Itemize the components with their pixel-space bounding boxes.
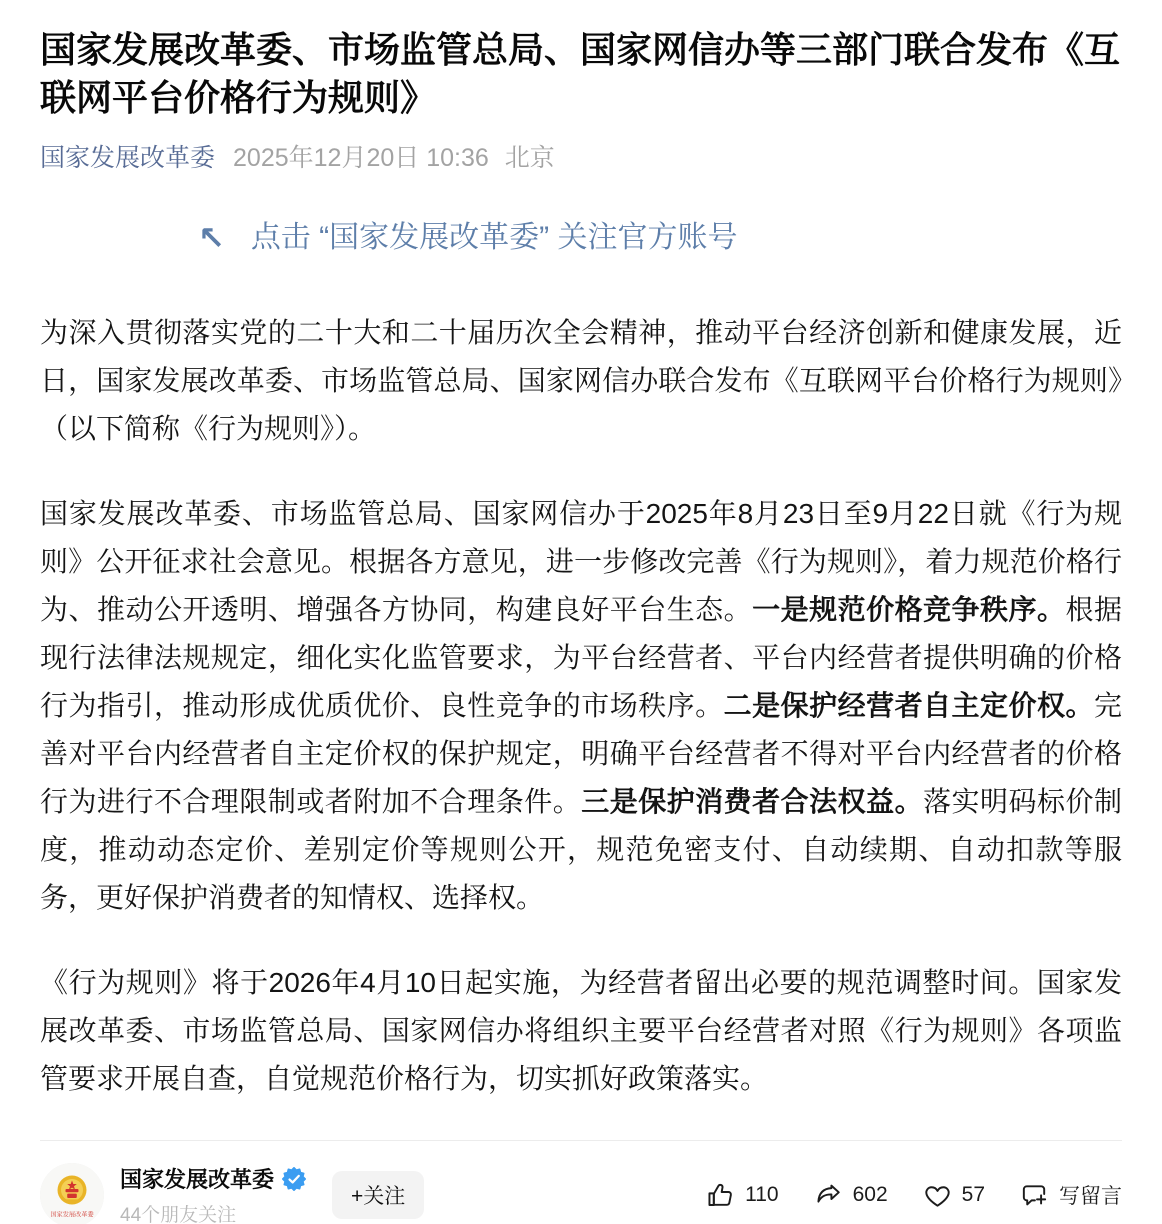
paragraph-bold-text: 三是保护消费者合法权益。: [581, 786, 923, 817]
comment-icon: [1019, 1180, 1050, 1211]
like-action[interactable]: 110: [705, 1180, 778, 1211]
comment-action[interactable]: 写留言: [1019, 1180, 1122, 1211]
paragraph-bold-text: 一是规范价格竞争秩序。: [752, 594, 1065, 625]
paragraph-bold-text: 二是保护经营者自主定价权。: [724, 690, 1094, 721]
account-name[interactable]: 国家发展改革委: [120, 1163, 274, 1194]
thumbs-up-icon: [705, 1180, 736, 1211]
follow-banner-text: 点击 “国家发展改革委” 关注官方账号: [251, 221, 738, 255]
favorite-action[interactable]: 57: [922, 1180, 985, 1211]
reaction-bar: 110 602 57 写留言: [705, 1180, 1122, 1211]
byline: 国家发展改革委 2025年12月20日 10:36 北京: [40, 146, 1122, 171]
svg-text:国家发展改革委: 国家发展改革委: [50, 1211, 94, 1219]
national-emblem-icon: 国家发展改革委: [40, 1163, 104, 1224]
article-paragraph: 国家发展改革委、市场监管总局、国家网信办于2025年8月23日至9月22日就《行…: [40, 490, 1122, 922]
publish-location: 北京: [505, 146, 555, 171]
article-title: 国家发展改革委、市场监管总局、国家网信办等三部门联合发布《互联网平台价格行为规则…: [40, 26, 1122, 122]
like-count: 110: [745, 1183, 778, 1207]
share-action[interactable]: 602: [813, 1180, 888, 1211]
paragraph-text: 为深入贯彻落实党的二十大和二十届历次全会精神，推动平台经济创新和健康发展，近日，…: [40, 317, 1122, 444]
heart-icon: [922, 1180, 953, 1211]
arrow-up-left-icon: ↖: [198, 221, 225, 255]
follow-button[interactable]: +关注: [332, 1171, 424, 1219]
comment-label: 写留言: [1059, 1180, 1122, 1210]
article-body: 为深入贯彻落实党的二十大和二十届历次全会精神，推动平台经济创新和健康发展，近日，…: [40, 309, 1122, 1103]
favorite-count: 57: [962, 1183, 985, 1207]
paragraph-text: 《行为规则》将于2026年4月10日起实施，为经营者留出必要的规范调整时间。国家…: [40, 967, 1122, 1094]
publish-date: 2025年12月20日 10:36: [233, 146, 489, 171]
footer-bar: 国家发展改革委 国家发展改革委 44个朋友关注 +关注 110 602: [0, 1141, 1162, 1224]
account-info: 国家发展改革委 44个朋友关注: [120, 1163, 306, 1224]
byline-source-link[interactable]: 国家发展改革委: [40, 146, 215, 171]
article-paragraph: 《行为规则》将于2026年4月10日起实施，为经营者留出必要的规范调整时间。国家…: [40, 959, 1122, 1103]
follow-official-account-banner[interactable]: ↖ 点击 “国家发展改革委” 关注官方账号: [40, 221, 1122, 255]
share-icon: [813, 1180, 844, 1211]
share-count: 602: [853, 1183, 888, 1207]
article-paragraph: 为深入贯彻落实党的二十大和二十届历次全会精神，推动平台经济创新和健康发展，近日，…: [40, 309, 1122, 453]
account-avatar[interactable]: 国家发展改革委: [40, 1163, 104, 1224]
verified-badge-icon: [282, 1167, 306, 1191]
followers-note: 44个朋友关注: [120, 1200, 306, 1224]
